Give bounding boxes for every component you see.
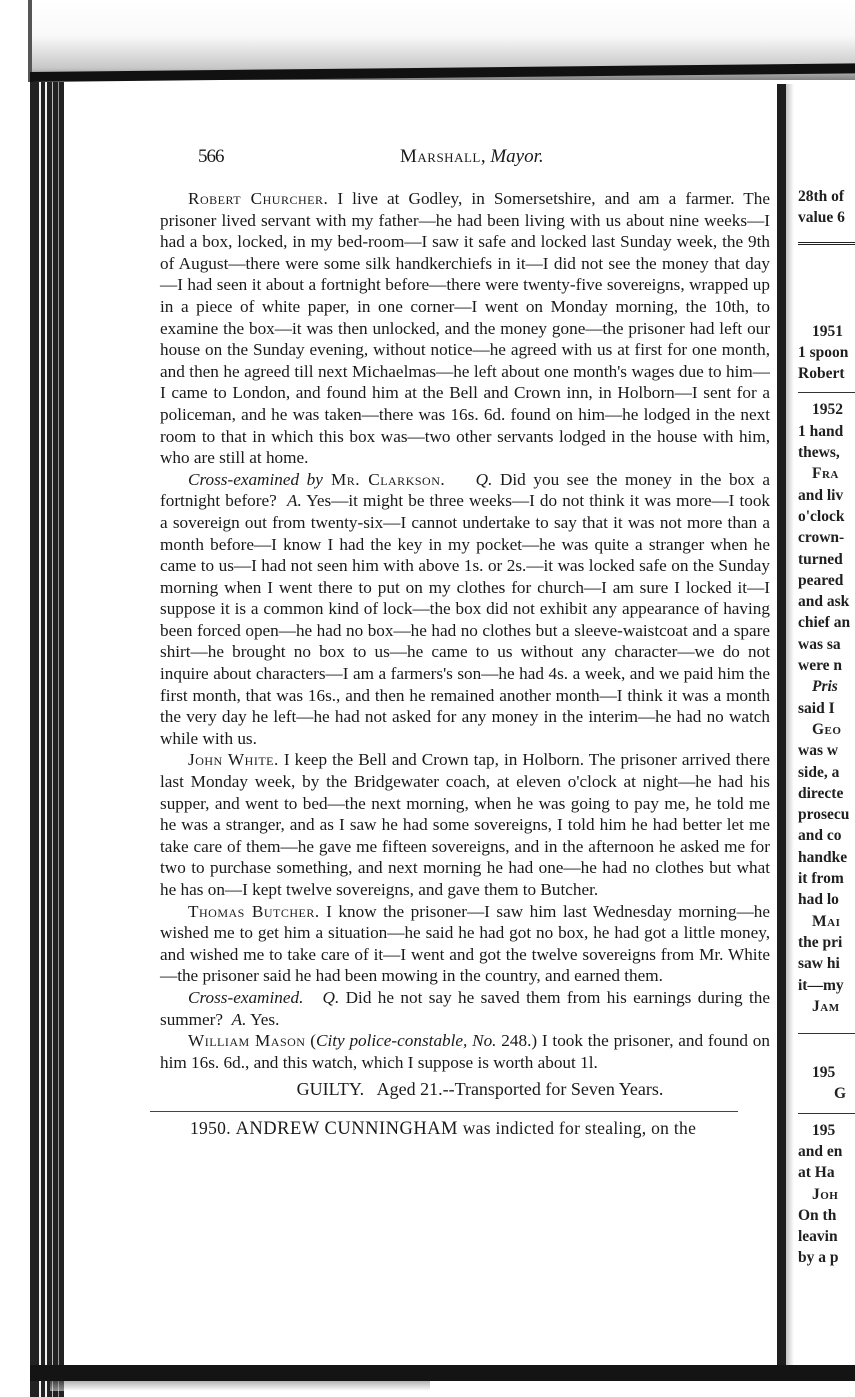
page-number: 566: [198, 146, 224, 168]
right-line: o'clock: [798, 506, 855, 527]
right-line: was sa: [798, 634, 855, 655]
testimony-paragraph: Thomas Butcher. I know the prisoner—I sa…: [160, 901, 770, 987]
right-line: 1 hand: [798, 421, 855, 442]
right-line: turned: [798, 549, 855, 570]
answer-text: Yes.: [246, 1010, 279, 1029]
book-bottom-edge: [30, 1365, 855, 1381]
right-line: and co: [798, 825, 855, 846]
cross-examination-paragraph: Cross-examined by Mr. Clarkson. Q. Did y…: [160, 469, 770, 750]
right-line: Fra: [798, 463, 855, 484]
right-line: and liv: [798, 485, 855, 506]
right-line: the pri: [798, 932, 855, 953]
indictment-text: was indicted for stealing, on the: [458, 1118, 696, 1138]
right-line: side, a: [798, 762, 855, 783]
right-line: by a p: [798, 1247, 855, 1268]
running-head: Marshall, Mayor.: [400, 146, 544, 168]
right-divider: [798, 1113, 855, 1114]
right-line: saw hi: [798, 953, 855, 974]
right-line: Geo: [798, 719, 855, 740]
witness-role: City police-constable, No.: [316, 1031, 496, 1050]
verdict: GUILTY. Aged 21.--Transported for Seven …: [160, 1079, 770, 1101]
right-line: Jam: [798, 996, 855, 1017]
answer-text: Yes—it might be three weeks—I do not thi…: [160, 491, 770, 748]
witness-name: Robert Churcher.: [188, 189, 328, 208]
right-line: said I: [798, 698, 855, 719]
paren-open: (: [305, 1031, 316, 1050]
right-line: 1 spoon: [798, 342, 855, 363]
right-line: 28th of: [798, 186, 855, 207]
right-line: leavin: [798, 1226, 855, 1247]
testimony-text: I keep the Bell and Crown tap, in Holbor…: [160, 750, 770, 899]
right-line: thews,: [798, 442, 855, 463]
right-line: Mai: [798, 911, 855, 932]
right-line: prosecu: [798, 804, 855, 825]
counsel-name: Mr. Clarkson.: [323, 470, 445, 489]
right-divider: [798, 242, 855, 245]
right-line: On th: [798, 1205, 855, 1226]
right-divider: [798, 392, 855, 393]
running-head-separator: ,: [481, 146, 491, 167]
question-label: Q.: [323, 988, 340, 1007]
cross-examination-paragraph: Cross-examined. Q. Did he not say he sav…: [160, 987, 770, 1030]
right-line: G: [798, 1083, 855, 1104]
defendant-name: ANDREW CUNNINGHAM: [236, 1119, 458, 1139]
testimony-paragraph: Robert Churcher. I live at Godley, in So…: [160, 188, 770, 469]
constable-number: 248.): [496, 1031, 537, 1050]
right-line: Robert: [798, 363, 855, 384]
right-line: Joh: [798, 1184, 855, 1205]
right-line: peared: [798, 570, 855, 591]
right-line: directe: [798, 783, 855, 804]
right-line: it from: [798, 868, 855, 889]
book-spine-page-edges: [30, 82, 64, 1397]
testimony-paragraph: William Mason (City police-constable, No…: [160, 1030, 770, 1073]
right-line: had lo: [798, 889, 855, 910]
page-header: 566 Marshall, Mayor.: [160, 140, 770, 176]
left-page: 566 Marshall, Mayor. Robert Churcher. I …: [160, 140, 770, 1141]
book-gutter: [777, 84, 786, 1366]
cross-exam-label: Cross-examined.: [188, 988, 303, 1007]
right-divider: [798, 1033, 855, 1034]
answer-label: A.: [232, 1010, 247, 1029]
case-divider: [150, 1111, 738, 1112]
right-line: crown-: [798, 527, 855, 548]
right-line: 195: [798, 1062, 855, 1083]
right-line: value 6: [798, 207, 855, 228]
right-page-fragment: 28th of value 6 1951 1 spoon Robert 1952…: [798, 186, 855, 1269]
right-line: it—my: [798, 975, 855, 996]
bottom-shadow: [50, 1381, 430, 1391]
answer-label: A.: [287, 491, 302, 510]
witness-name: John White.: [188, 750, 279, 769]
witness-name: Thomas Butcher.: [188, 902, 320, 921]
testimony-text: I live at Godley, in Somersetshire, and …: [160, 189, 770, 467]
right-line: 195: [798, 1120, 855, 1141]
right-line: 1952: [798, 399, 855, 420]
right-line: chief an: [798, 612, 855, 633]
right-line: at Ha: [798, 1162, 855, 1183]
right-line: and en: [798, 1141, 855, 1162]
cross-exam-label: Cross-examined by: [188, 470, 323, 489]
right-line: 1951: [798, 321, 855, 342]
scan-left-fold: [28, 0, 32, 82]
witness-name: William Mason: [188, 1031, 305, 1050]
gutter-shadow: [786, 84, 794, 1366]
right-line: handke: [798, 847, 855, 868]
right-line: was w: [798, 740, 855, 761]
right-line: Pris: [798, 676, 855, 697]
running-head-title: Mayor.: [490, 146, 543, 167]
question-label: Q.: [476, 470, 493, 489]
running-head-name: Marshall: [400, 146, 481, 167]
next-case-heading: 1950. ANDREW CUNNINGHAM was indicted for…: [160, 1118, 770, 1141]
testimony-paragraph: John White. I keep the Bell and Crown ta…: [160, 749, 770, 900]
case-number: 1950.: [190, 1118, 231, 1138]
right-line: were n: [798, 655, 855, 676]
right-line: and ask: [798, 591, 855, 612]
